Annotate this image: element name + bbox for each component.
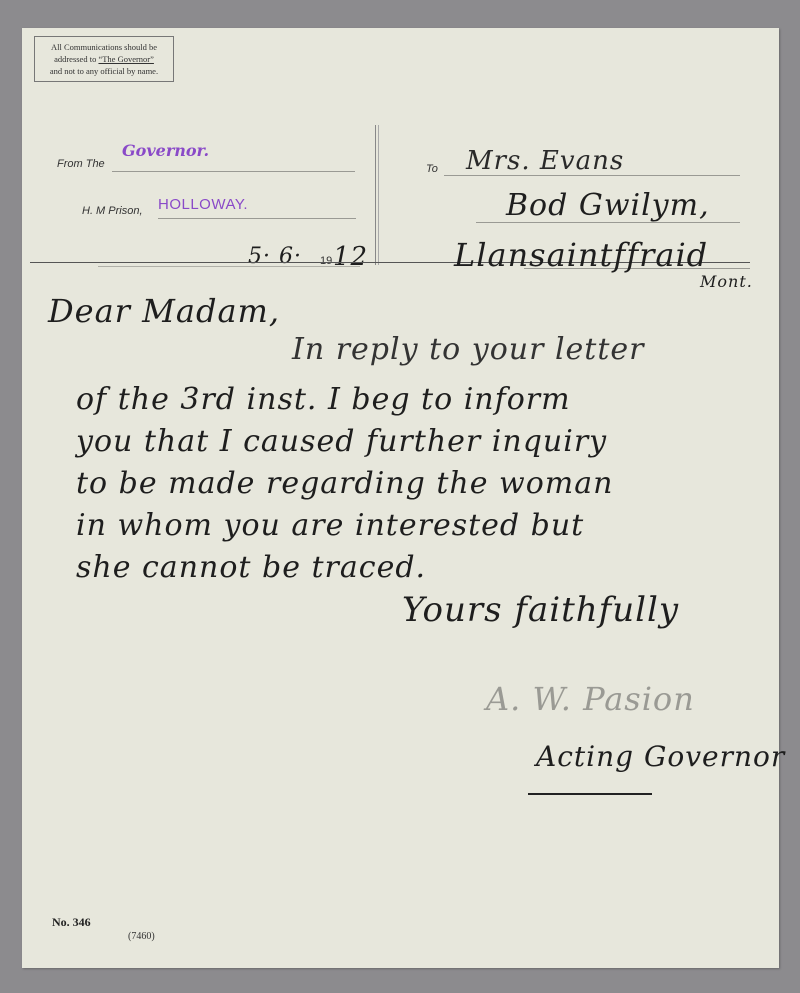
body-line-2: of the 3rd inst. I beg to inform [76, 382, 571, 417]
print-code: (7460) [128, 931, 155, 942]
body-line-6: she cannot be traced. [76, 550, 426, 585]
communications-notice: All Communications should be addressed t… [34, 36, 174, 82]
date-year-prefix: 19 [320, 255, 332, 267]
body-line-5: in whom you are interested but [76, 508, 584, 543]
header-vertical-divider [375, 125, 376, 265]
notice-line-1: All Communications should be [39, 41, 169, 53]
from-rule [112, 171, 355, 172]
prison-rule [158, 218, 356, 219]
from-governor-stamp: Governor. [122, 141, 209, 160]
signature-underline [528, 793, 652, 795]
from-label: From The [57, 158, 105, 170]
recipient-name: Mrs. Evans [466, 146, 624, 176]
address-line-2: Llansaintffraid [454, 236, 708, 274]
signatory-title: Acting Governor [536, 740, 785, 773]
prison-holloway-stamp: HOLLOWAY. [158, 196, 248, 213]
date-year-handwritten: 12 [333, 242, 368, 272]
body-line-4: to be made regarding the woman [76, 466, 613, 501]
notice-governor-text: “The Governor” [98, 54, 153, 64]
body-line-1: In reply to your letter [292, 332, 645, 367]
notice-line-2: addressed to “The Governor” [39, 53, 169, 65]
to-label: To [426, 163, 438, 175]
signature: A. W. Pasion [486, 680, 695, 718]
closing: Yours faithfully [402, 590, 679, 630]
notice-line-3: and not to any official by name. [39, 65, 169, 77]
header-vertical-divider-2 [378, 125, 379, 265]
salutation: Dear Madam, [48, 292, 280, 330]
prison-label: H. M Prison, [82, 205, 143, 217]
address-line-3: Mont. [700, 272, 753, 291]
form-number: No. 346 [52, 915, 91, 930]
address-line-1: Bod Gwilym, [506, 188, 710, 223]
body-line-3: you that I caused further inquiry [76, 424, 607, 459]
date-handwritten: 5· 6· [248, 244, 302, 269]
